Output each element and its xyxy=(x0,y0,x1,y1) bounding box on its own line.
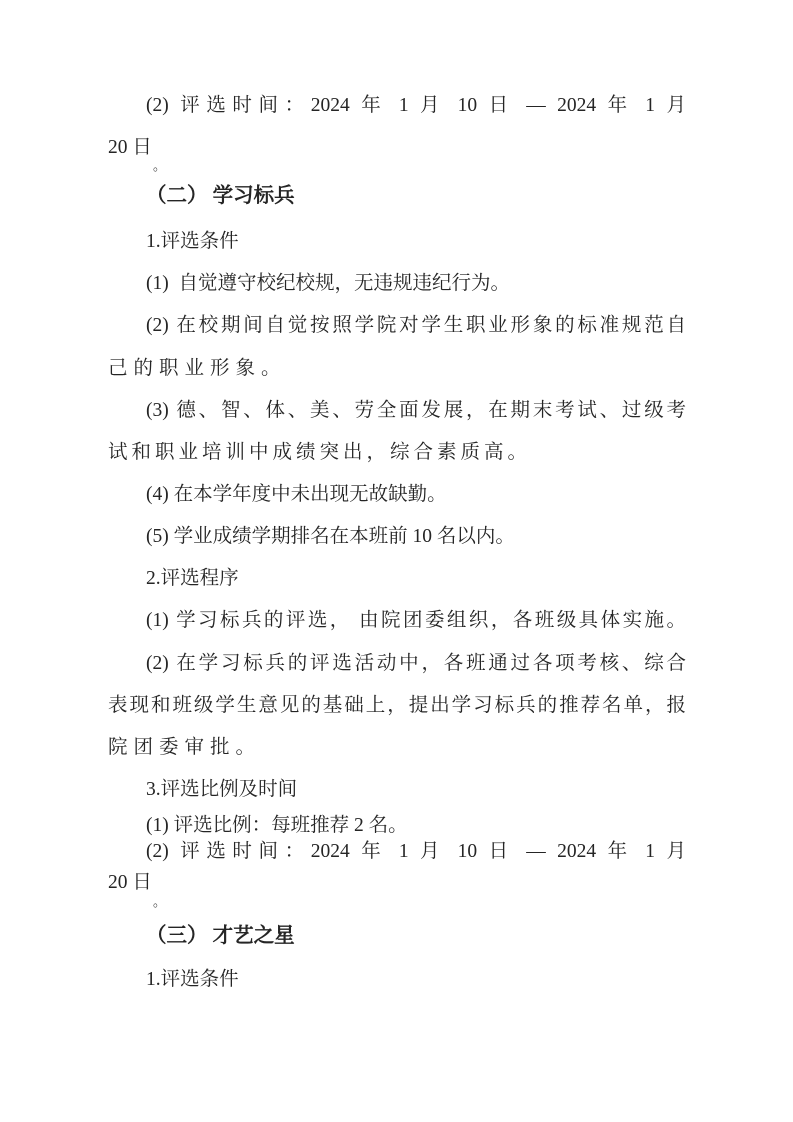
selection-time-line-1: (2) 评选时间：2024 年 1 月 10 日 — 2024 年 1 月 xyxy=(146,94,686,117)
criteria-item-2-line-1: (2) 在校期间自觉按照学院对学生职业形象的标准规范自 xyxy=(146,314,686,337)
criteria-item-1: (1) 自觉遵守校纪校规，无违规违纪行为。 xyxy=(146,272,510,295)
subheading-procedure: 2.评选程序 xyxy=(146,567,239,590)
selection-time-2-line-1: (2) 评选时间：2024 年 1 月 10 日 — 2024 年 1 月 xyxy=(146,840,686,863)
procedure-item-2-line-3: 院团委审批。 xyxy=(108,736,261,759)
selection-time-line-2: 20 日 xyxy=(108,136,152,159)
procedure-item-2-line-2: 表现和班级学生意见的基础上，提出学习标兵的推荐名单，报 xyxy=(108,694,686,717)
orphan-period-mark-2: 。 xyxy=(153,895,166,909)
section-heading-talent-star: （三） 才艺之星 xyxy=(146,925,295,948)
criteria-item-5: (5) 学业成绩学期排名在本班前 10 名以内。 xyxy=(146,525,515,548)
criteria-item-2-line-2: 己的职业形象。 xyxy=(108,357,287,380)
subheading-ratio-and-time: 3.评选比例及时间 xyxy=(146,778,297,801)
criteria-item-3-line-2: 试和职业培训中成绩突出，综合素质高。 xyxy=(108,441,531,464)
orphan-period-mark: 。 xyxy=(153,159,166,173)
criteria-item-4: (4) 在本学年度中未出现无故缺勤。 xyxy=(146,483,447,506)
ratio-item: (1) 评选比例：每班推荐 2 名。 xyxy=(146,814,408,837)
procedure-item-2-line-1: (2) 在学习标兵的评选活动中，各班通过各项考核、综合 xyxy=(146,652,686,675)
document-page: (2) 评选时间：2024 年 1 月 10 日 — 2024 年 1 月 20… xyxy=(0,0,793,1122)
section-heading-study-model: （二） 学习标兵 xyxy=(146,185,295,208)
subheading-criteria-2: 1.评选条件 xyxy=(146,968,239,991)
criteria-item-3-line-1: (3) 德、智、体、美、劳全面发展，在期末考试、过级考 xyxy=(146,399,686,422)
selection-time-2-line-2: 20 日 xyxy=(108,871,152,894)
subheading-criteria: 1.评选条件 xyxy=(146,230,239,253)
procedure-item-1: (1) 学习标兵的评选， 由院团委组织，各班级具体实施。 xyxy=(146,609,686,632)
